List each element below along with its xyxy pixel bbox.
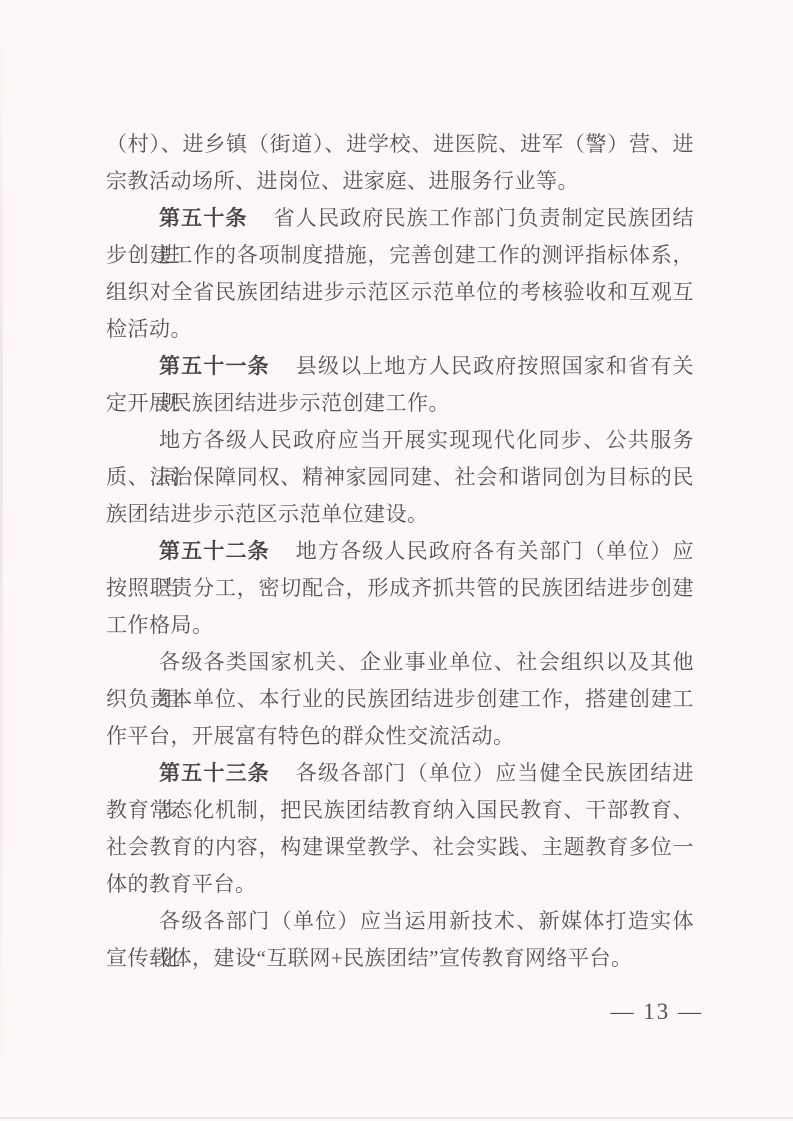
- line-text: 族团结进步示范区示范单位建设。: [106, 502, 429, 526]
- text-line: 地方各级人民政府应当开展实现现代化同步、公共服务同: [106, 422, 694, 459]
- line-text: 工作格局。: [106, 613, 214, 637]
- article-number: 第五十条: [159, 206, 274, 230]
- text-line: 第五十条省人民政府民族工作部门负责制定民族团结进: [106, 200, 694, 237]
- line-text: 宣传载体，建设“互联网+民族团结”宣传教育网络平台。: [106, 946, 632, 970]
- text-line: 定开展民族团结进步示范创建工作。: [106, 385, 694, 422]
- line-text: （村）、进乡镇（街道）、进学校、进医院、进军（警）营、进: [106, 132, 694, 156]
- text-line: 按照职责分工，密切配合，形成齐抓共管的民族团结进步创建: [106, 570, 694, 607]
- line-text: 教育常态化机制，把民族团结教育纳入国民教育、干部教育、: [106, 798, 694, 822]
- document-page: （村）、进乡镇（街道）、进学校、进医院、进军（警）营、进宗教活动场所、进岗位、进…: [0, 0, 793, 1121]
- text-line: 质、法治保障同权、精神家园同建、社会和谐同创为目标的民: [106, 459, 694, 496]
- text-line: 教育常态化机制，把民族团结教育纳入国民教育、干部教育、: [106, 792, 694, 829]
- line-text: 织负责本单位、本行业的民族团结进步创建工作，搭建创建工: [106, 687, 694, 711]
- text-line: 组织对全省民族团结进步示范区示范单位的考核验收和互观互: [106, 274, 694, 311]
- line-text: 按照职责分工，密切配合，形成齐抓共管的民族团结进步创建: [106, 576, 694, 600]
- text-line: 各级各类国家机关、企业事业单位、社会组织以及其他组: [106, 644, 694, 681]
- line-text: 社会教育的内容，构建课堂教学、社会实践、主题教育多位一: [106, 835, 694, 859]
- line-text: 组织对全省民族团结进步示范区示范单位的考核验收和互观互: [106, 280, 694, 304]
- line-text: 作平台，开展富有特色的群众性交流活动。: [106, 724, 515, 748]
- text-line: （村）、进乡镇（街道）、进学校、进医院、进军（警）营、进: [106, 126, 694, 163]
- scan-edge-bottom: [0, 1117, 793, 1119]
- text-line: 第五十一条县级以上地方人民政府按照国家和省有关规: [106, 348, 694, 385]
- text-line: 宣传载体，建设“互联网+民族团结”宣传教育网络平台。: [106, 940, 694, 977]
- text-line: 宗教活动场所、进岗位、进家庭、进服务行业等。: [106, 163, 694, 200]
- text-line: 织负责本单位、本行业的民族团结进步创建工作，搭建创建工: [106, 681, 694, 718]
- document-text: （村）、进乡镇（街道）、进学校、进医院、进军（警）营、进宗教活动场所、进岗位、进…: [106, 126, 694, 977]
- article-number: 第五十三条: [159, 761, 296, 785]
- text-line: 各级各部门（单位）应当运用新技术、新媒体打造实体化: [106, 903, 694, 940]
- text-line: 步创建工作的各项制度措施，完善创建工作的测评指标体系，: [106, 237, 694, 274]
- text-line: 体的教育平台。: [106, 866, 694, 903]
- article-number: 第五十一条: [159, 354, 296, 378]
- line-text: 步创建工作的各项制度措施，完善创建工作的测评指标体系，: [106, 243, 694, 267]
- article-number: 第五十二条: [159, 539, 296, 563]
- text-line: 族团结进步示范区示范单位建设。: [106, 496, 694, 533]
- line-text: 质、法治保障同权、精神家园同建、社会和谐同创为目标的民: [106, 465, 694, 489]
- text-line: 作平台，开展富有特色的群众性交流活动。: [106, 718, 694, 755]
- line-text: 定开展民族团结进步示范创建工作。: [106, 391, 450, 415]
- text-line: 工作格局。: [106, 607, 694, 644]
- text-line: 第五十二条地方各级人民政府各有关部门（单位）应当: [106, 533, 694, 570]
- text-line: 社会教育的内容，构建课堂教学、社会实践、主题教育多位一: [106, 829, 694, 866]
- line-text: 体的教育平台。: [106, 872, 257, 896]
- text-line: 检活动。: [106, 311, 694, 348]
- page-number: — 13 —: [611, 999, 704, 1025]
- scan-edge-left: [0, 0, 3, 1121]
- line-text: 检活动。: [106, 317, 192, 341]
- line-text: 宗教活动场所、进岗位、进家庭、进服务行业等。: [106, 169, 579, 193]
- text-line: 第五十三条各级各部门（单位）应当健全民族团结进步: [106, 755, 694, 792]
